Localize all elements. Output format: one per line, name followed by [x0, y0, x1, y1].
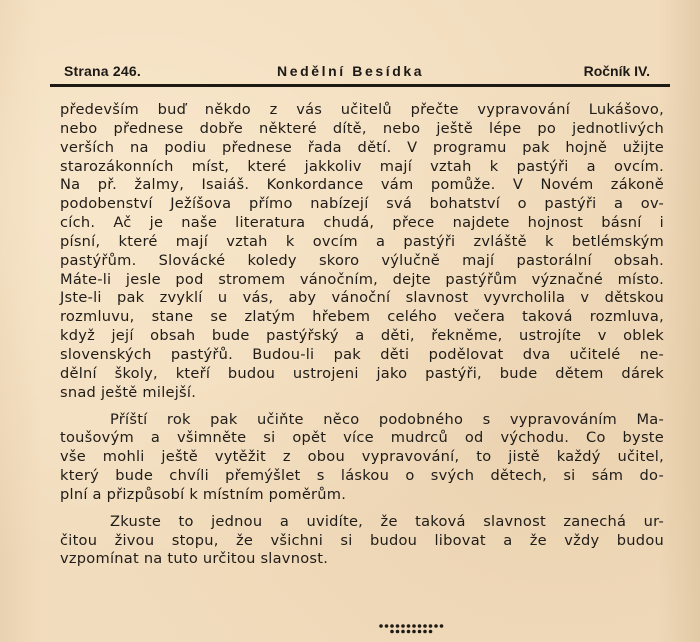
paragraph-2: Příští rok pak učiňte něco podobného s v…: [60, 411, 664, 505]
text-line: Máte-li jesle pod stromem vánočním, dejt…: [60, 271, 664, 290]
text-line: Zkuste to jednou a uvidíte, že taková sl…: [60, 513, 664, 532]
text-line: dělní školy, kteří budou ustrojeni jako …: [60, 365, 664, 384]
text-line: verších na podiu přednese řada dětí. V p…: [60, 139, 664, 158]
text-line: podobenství Ježíšova přímo nabízejí svá …: [60, 195, 664, 214]
text-line: pastýřům. Slovácké koledy skoro výlučně …: [60, 252, 664, 271]
paragraph-3: Zkuste to jednou a uvidíte, že taková sl…: [60, 513, 664, 570]
text-line: když její obsah bude pastýřský a děti, ř…: [60, 327, 664, 346]
text-line: plní a přizpůsobí k místním poměrům.: [60, 486, 664, 505]
publication-title: Nedělní Besídka: [277, 63, 424, 79]
text-line: který bude chvíli přemýšlet s láskou o s…: [60, 467, 664, 486]
text-line: čitou živou stopu, že všichni si budou l…: [60, 532, 664, 551]
text-line: především buď někdo z vás učitelů přečte…: [60, 101, 664, 120]
dotted-divider-ornament-icon: [378, 623, 448, 635]
volume-label: Ročník IV.: [584, 63, 650, 79]
text-line: slovenských pastýřů. Budou-li pak děti p…: [60, 346, 664, 365]
text-line: Jste-li pak zvyklí u vás, aby vánoční sl…: [60, 289, 664, 308]
text-line: vzpomínat na tuto určitou slavnost.: [60, 550, 664, 569]
text-line: vše mohli ještě vytěžit z obou vypravová…: [60, 448, 664, 467]
text-line: cích. Ač je naše literatura chudá, přece…: [60, 214, 664, 233]
text-line: nebo přednese dobře některé dítě, nebo j…: [60, 120, 664, 139]
running-header: Strana 246. Nedělní Besídka Ročník IV.: [50, 63, 670, 85]
header-rule: [50, 84, 670, 87]
text-line: snad ještě milejší.: [60, 384, 664, 403]
page-number-label: Strana 246.: [64, 63, 141, 79]
paragraph-1: především buď někdo z vás učitelů přečte…: [60, 101, 664, 403]
text-line: písní, které mají vztah k ovcím a pastýř…: [60, 233, 664, 252]
document-page: Strana 246. Nedělní Besídka Ročník IV. p…: [50, 0, 673, 642]
text-line: toušovým a všimněte si opět více mudrců …: [60, 429, 664, 448]
text-line: rozmluvu, stane se zlatým hřebem celého …: [60, 308, 664, 327]
article-body: především buď někdo z vás učitelů přečte…: [60, 101, 664, 569]
text-line: Na př. žalmy, Isaiáš. Konkordance vám po…: [60, 176, 664, 195]
text-line: Příští rok pak učiňte něco podobného s v…: [60, 411, 664, 430]
text-line: starozákonních míst, které jakkoliv mají…: [60, 158, 664, 177]
